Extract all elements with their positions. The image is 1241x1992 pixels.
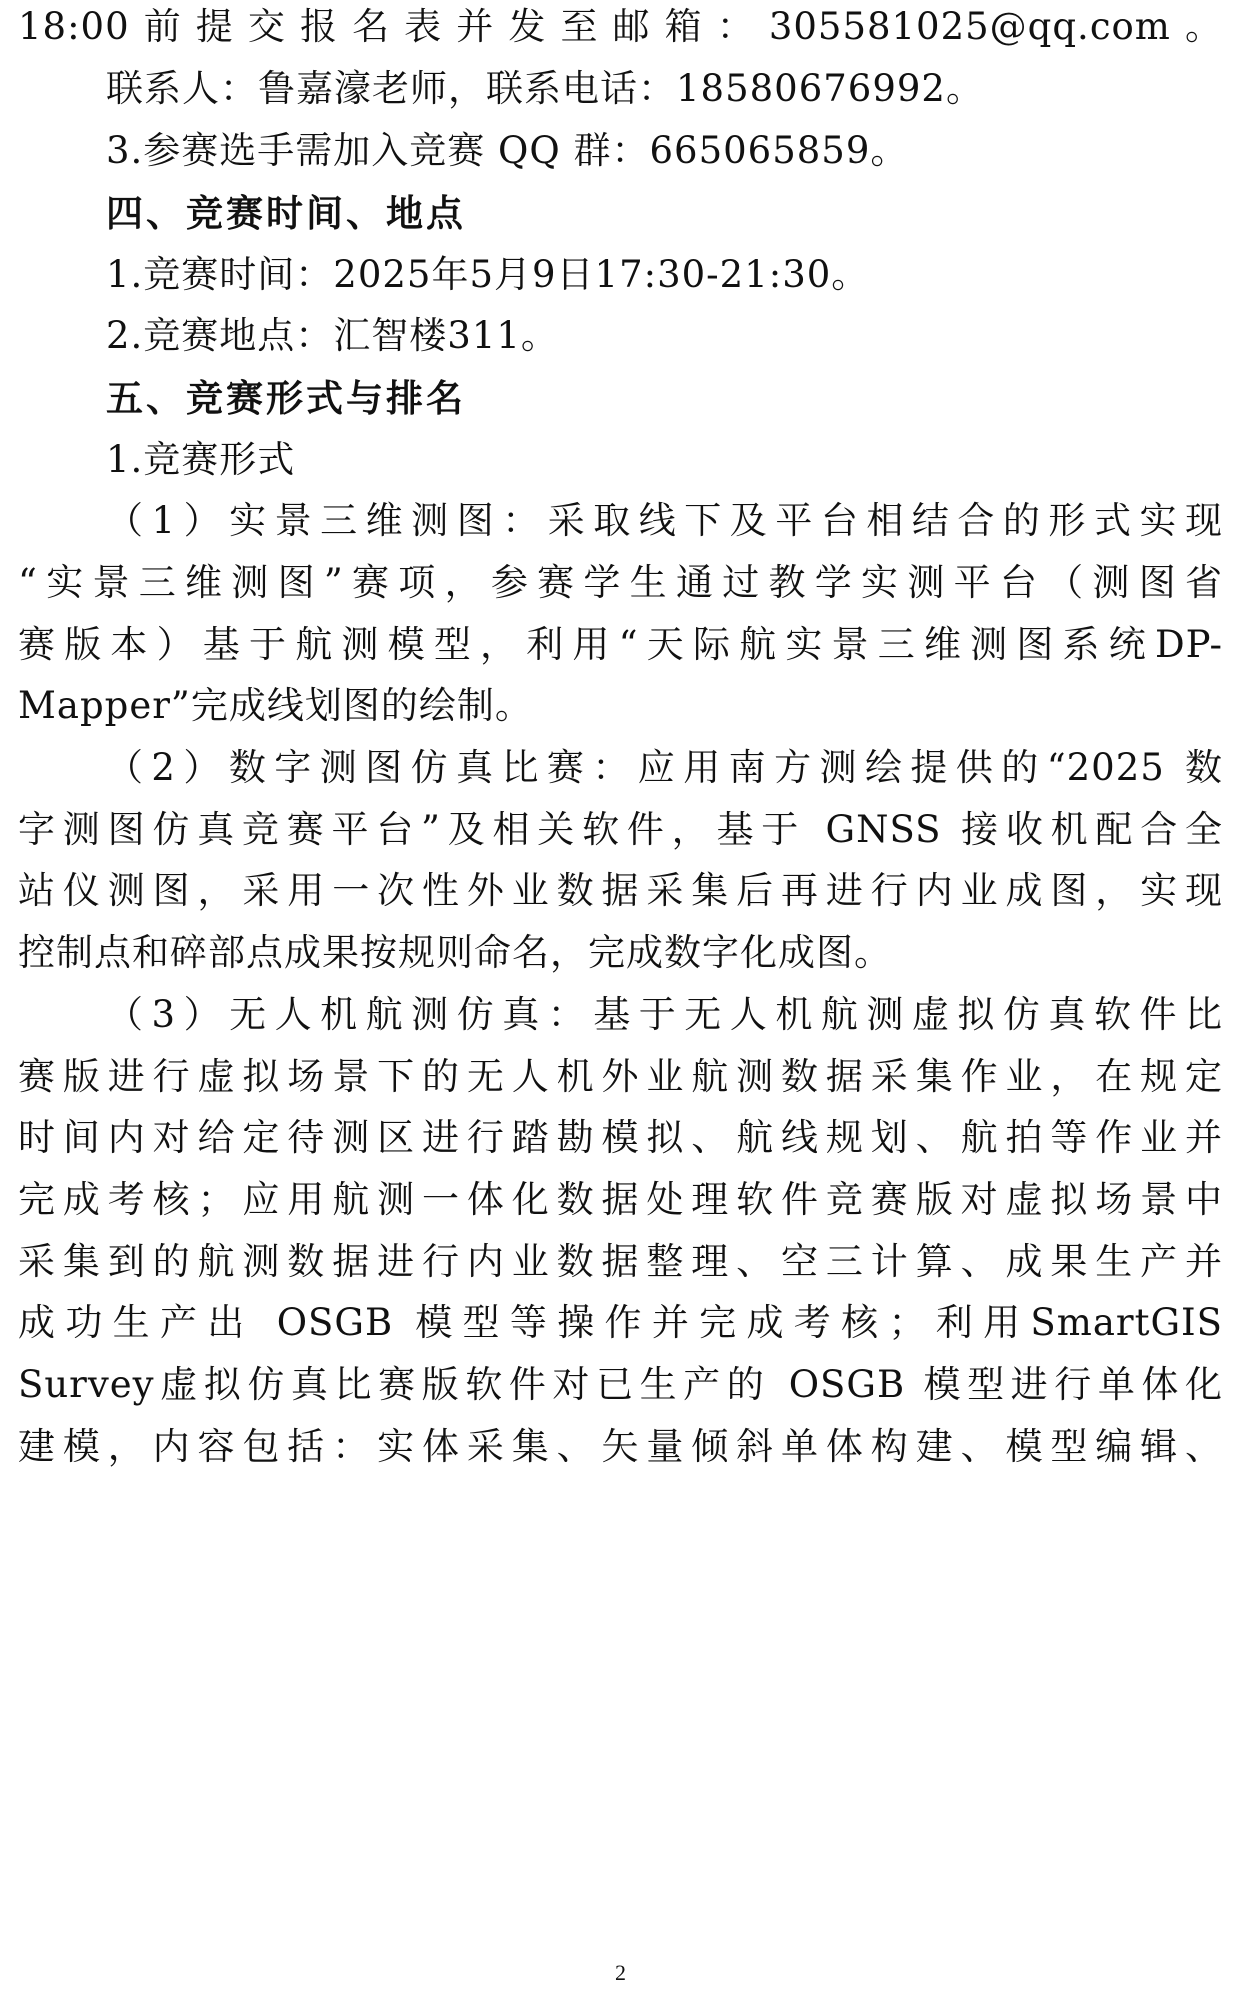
qq-group-line: 3.参赛选手需加入竞赛 QQ 群：665065859。 [106, 128, 908, 174]
paragraph-1-line-3: 赛版本）基于航测模型，利用“天际航实景三维测图系统DP- [18, 622, 1223, 668]
paragraph-1-line-1: （1）实景三维测图：采取线下及平台相结合的形式实现 [18, 498, 1223, 544]
paragraph-2-line-4: 控制点和碎部点成果按规则命名，完成数字化成图。 [18, 930, 892, 976]
paragraph-3-line-4: 完成考核；应用航测一体化数据处理软件竞赛版对虚拟场景中 [18, 1177, 1223, 1223]
paragraph-3-line-3: 时间内对给定待测区进行踏勘模拟、航线规划、航拍等作业并 [18, 1115, 1223, 1161]
paragraph-3-line-6: 成功生产出 OSGB 模型等操作并完成考核；利用SmartGIS [18, 1300, 1223, 1346]
contact-line: 联系人：鲁嘉濠老师，联系电话：18580676992。 [106, 66, 984, 112]
paragraph-2-line-2: 字测图仿真竞赛平台”及相关软件，基于 GNSS 接收机配合全 [18, 807, 1223, 853]
section-heading-format-ranking: 五、竞赛形式与排名 [106, 375, 466, 421]
paragraph-3-line-5: 采集到的航测数据进行内业数据整理、空三计算、成果生产并 [18, 1239, 1223, 1285]
competition-time-line: 1.竞赛时间：2025年5月9日17:30-21:30。 [106, 252, 869, 298]
paragraph-3-line-8: 建模，内容包括：实体采集、矢量倾斜单体构建、模型编辑、 [18, 1424, 1223, 1470]
paragraph-2-line-3: 站仪测图，采用一次性外业数据采集后再进行内业成图，实现 [18, 868, 1223, 914]
competition-location-line: 2.竞赛地点：汇智楼311。 [106, 313, 559, 359]
paragraph-3-line-2: 赛版进行虚拟场景下的无人机外业航测数据采集作业，在规定 [18, 1054, 1223, 1100]
paragraph-3-line-7: Survey虚拟仿真比赛版软件对已生产的 OSGB 模型进行单体化 [18, 1362, 1223, 1408]
paragraph-1-line-2: “实景三维测图”赛项，参赛学生通过教学实测平台（测图省 [18, 560, 1223, 606]
subsection-competition-format: 1.竞赛形式 [106, 437, 295, 483]
section-heading-time-location: 四、竞赛时间、地点 [106, 190, 466, 236]
paragraph-2-line-1: （2）数字测图仿真比赛：应用南方测绘提供的“2025 数 [18, 745, 1223, 791]
paragraph-1-line-4: Mapper”完成线划图的绘制。 [18, 683, 533, 729]
paragraph-3-line-1: （3）无人机航测仿真：基于无人机航测虚拟仿真软件比 [18, 992, 1223, 1038]
email-submission-line: 18:00前提交报名表并发至邮箱：305581025@qq.com。 [18, 4, 1223, 50]
page-number: 2 [0, 1960, 1241, 1986]
